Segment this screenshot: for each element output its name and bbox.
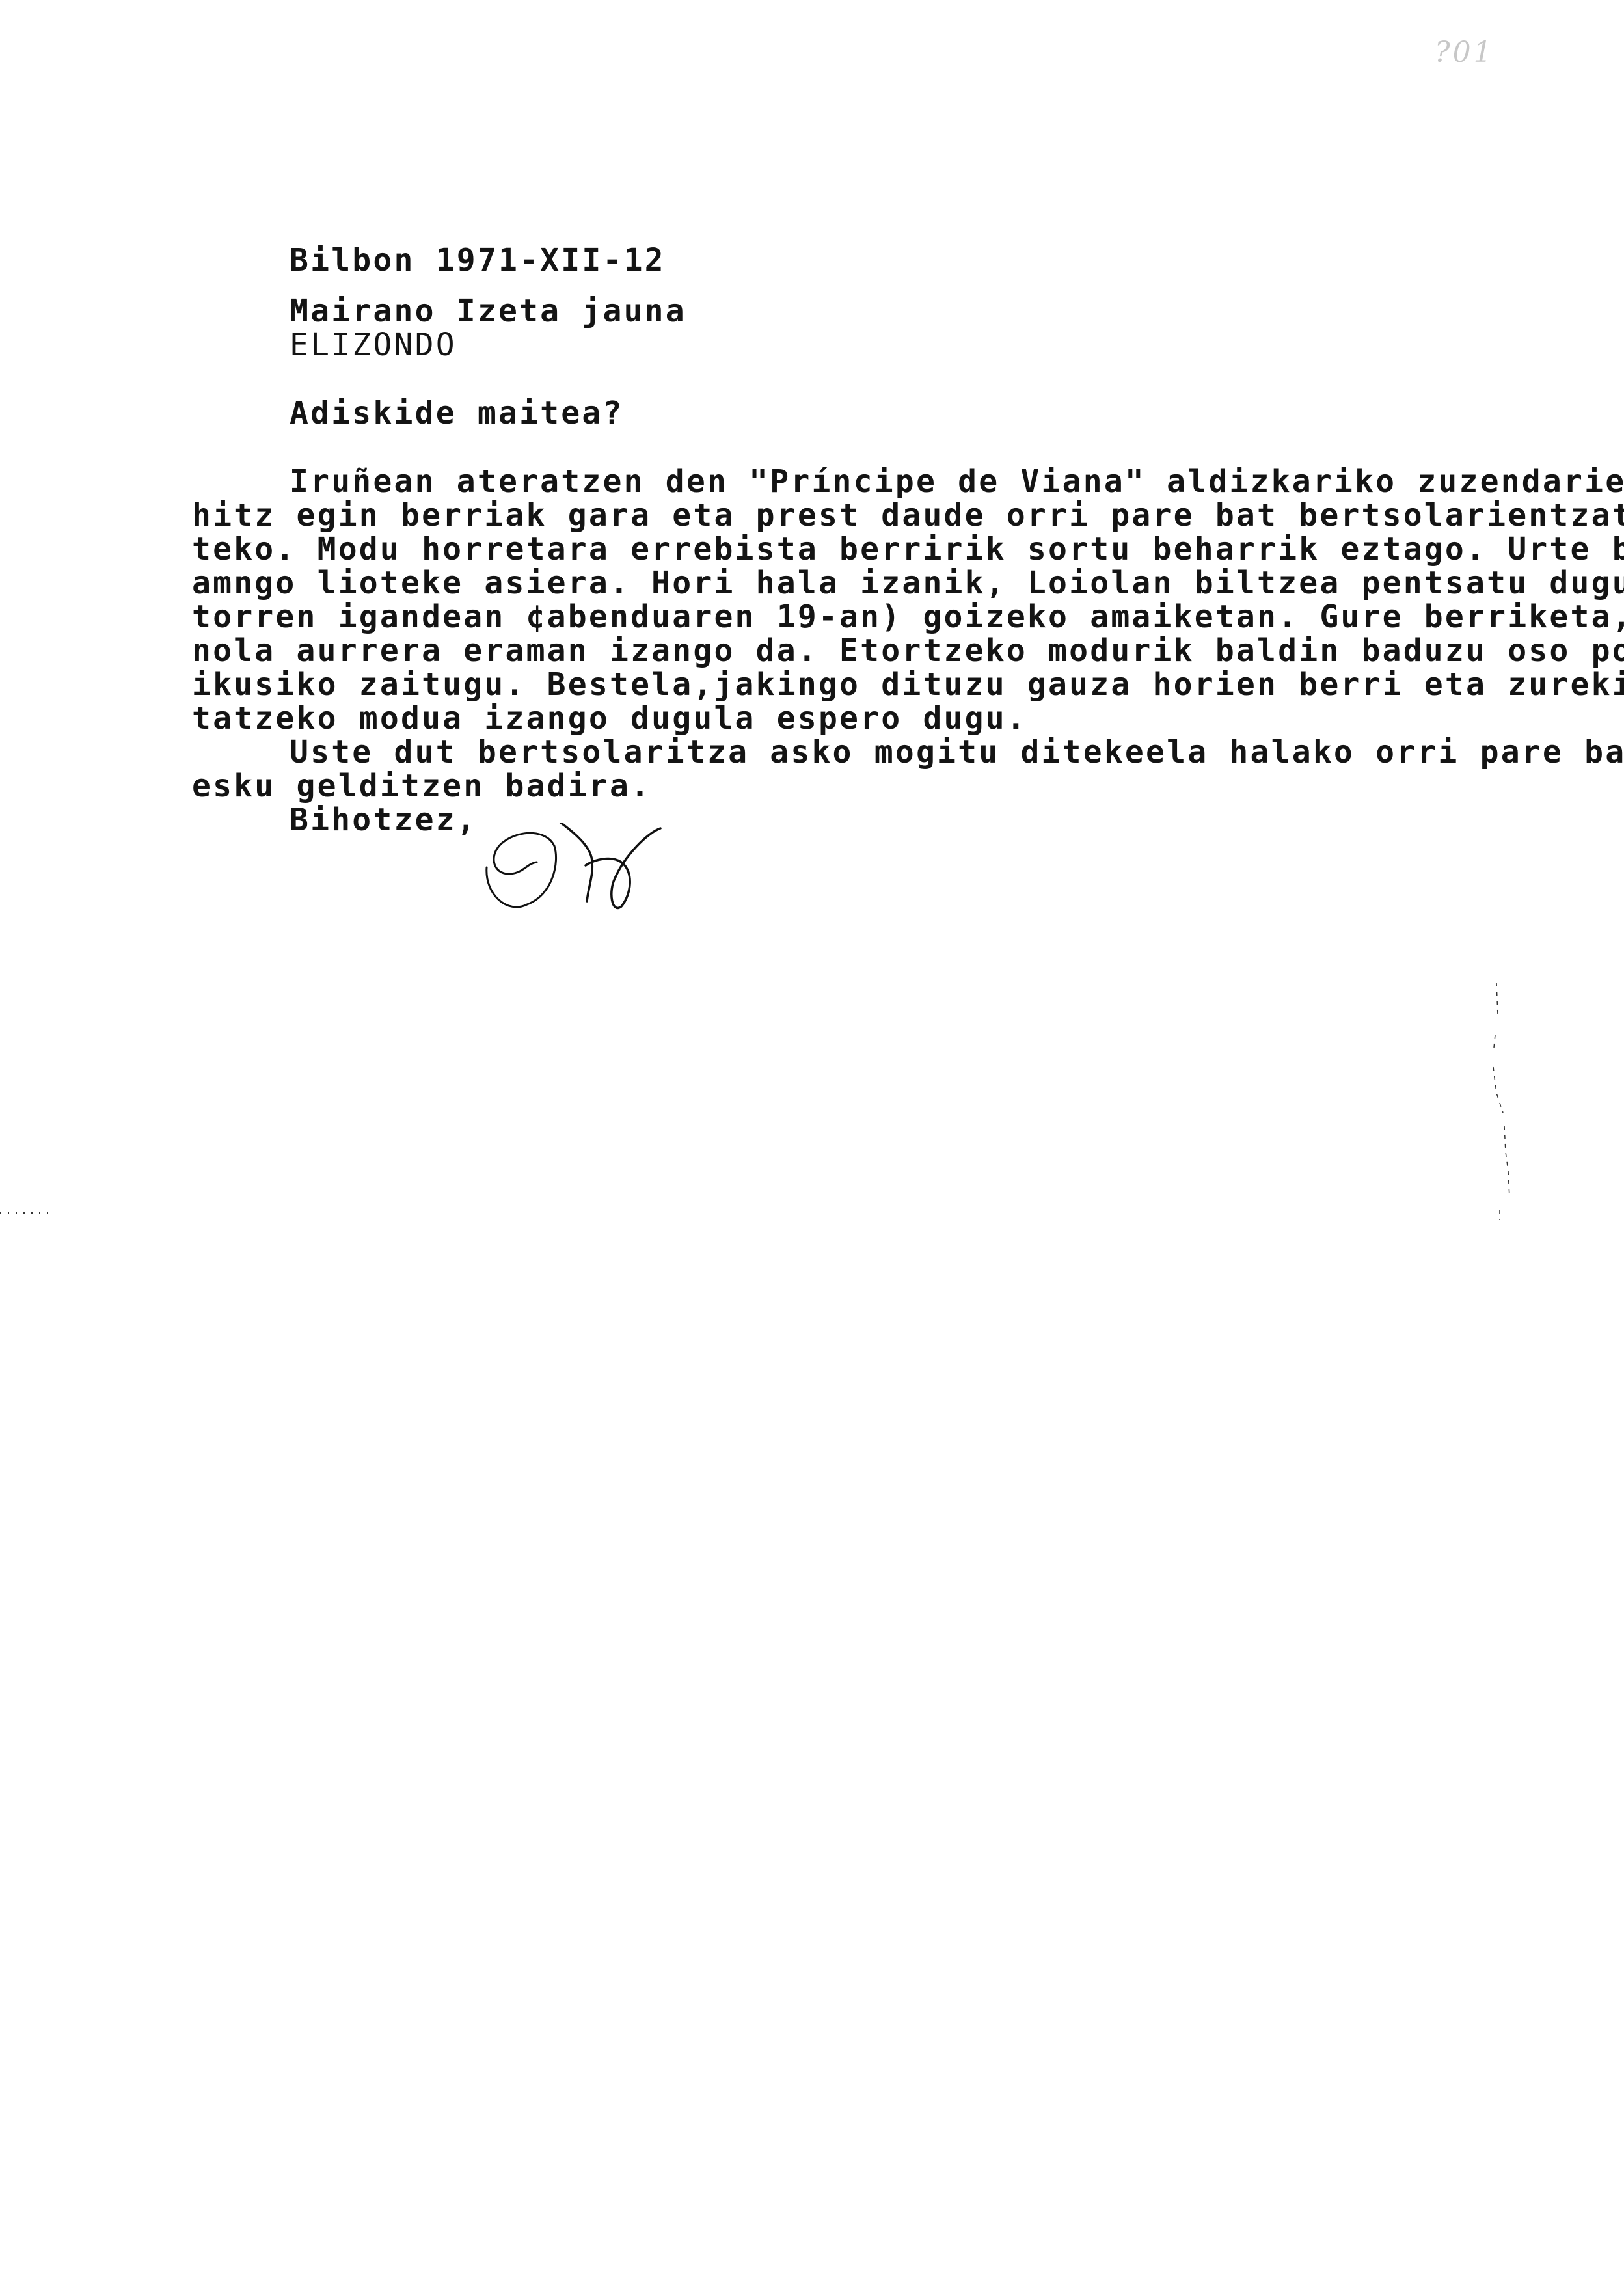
closing: Bihotzez, (290, 803, 478, 837)
salutation: Adiskide maitea? (290, 396, 624, 430)
recipient-name: Mairano Izeta jauna (290, 294, 686, 328)
place-date: Bilbon 1971-XII-12 (290, 243, 666, 277)
body-line: ikusiko zaitugu. Bestela,jakingo dituzu … (192, 668, 1624, 701)
body-line: tatzeko modua izango dugula espero dugu. (192, 701, 1027, 735)
recipient-city: ELIZONDO (290, 328, 457, 362)
letter-page: ?01 Bilbon 1971-XII-12 Mairano Izeta jau… (0, 0, 1624, 2282)
body-line: teko. Modu horretara errebista berririk … (192, 532, 1624, 566)
body-line: nola aurrera eraman izango da. Etortzeko… (192, 634, 1624, 668)
body-line: amngo lioteke asiera. Hori hala izanik, … (192, 566, 1624, 600)
body-line: Uste dut bertsolaritza asko mogitu ditek… (290, 735, 1624, 769)
edge-dot-mark (0, 1212, 49, 1214)
signature-icon (481, 823, 690, 940)
body-line: Iruñean ateratzen den "Príncipe de Viana… (290, 465, 1624, 498)
margin-scratch-mark (1490, 976, 1516, 1223)
archive-number: ?01 (1435, 36, 1495, 69)
body-line: torren igandean ¢abenduaren 19-an) goize… (192, 600, 1624, 634)
body-line: esku gelditzen badira. (192, 769, 651, 803)
body-line: hitz egin berriak gara eta prest daude o… (192, 498, 1624, 532)
